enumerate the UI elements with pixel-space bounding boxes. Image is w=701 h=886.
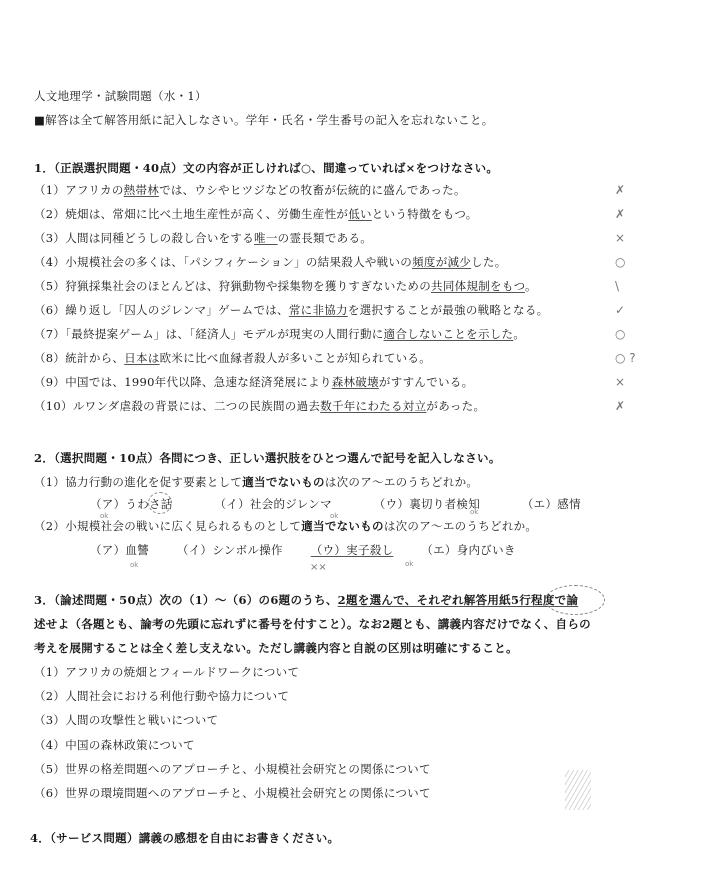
section2-options-2: （ア）血讐 （イ）シンボル操作 （ウ）実子殺し （エ）身内びいき xyxy=(90,542,516,558)
underlined-phrase: 共同体規制をもつ xyxy=(431,279,525,293)
underlined-phrase: 数千年にわたる対立 xyxy=(320,399,426,413)
item-text: 「最終提案ゲーム」は、「経済人」モデルが現実の人間行動に xyxy=(65,327,383,341)
true-false-item: （10）ルワンダ虐殺の背景には、二つの民族間の過去数千年にわたる対立があった。 xyxy=(34,398,485,414)
handwritten-note: ×× xyxy=(310,562,327,574)
item-text: では、ウシやヒツジなどの牧畜が伝統的に盛んであった。 xyxy=(159,183,466,197)
question-text: （1）協力行動の進化を促す要素として xyxy=(34,475,242,489)
item-text: 焼畑は、常畑に比べ土地生産性が高く、労働生産性が xyxy=(65,207,348,221)
section2-heading: 2．（選択問題・10点）各問につき、正しい選択肢をひとつ選んで記号を記入しなさい… xyxy=(34,450,501,466)
item-text: 欧米に比べ血縁者殺人が多いことが知られている。 xyxy=(160,351,431,365)
item-text: があった。 xyxy=(426,399,485,413)
item-text: の霊長類である。 xyxy=(278,231,372,245)
section2-question-2: （2）小規模社会の戦いに広く見られるものとして適当でないものは次のア～エのうちど… xyxy=(34,518,537,534)
item-text: した。 xyxy=(471,255,506,269)
option-d: （エ）身内びいき xyxy=(421,543,515,557)
grading-mark: ○ xyxy=(615,256,625,268)
item-text: 中国では、1990年代以降、急速な経済発展により xyxy=(65,375,331,389)
section3-line-3: 考えを展開することは全く差し支えない。ただし講義内容と自説の区別は明確にすること… xyxy=(34,640,518,656)
question-text-end: は次のア～エのうちどれか。 xyxy=(325,475,478,489)
exam-instruction: ■解答は全て解答用紙に記入しなさい。学年・氏名・学生番号の記入を忘れないこと。 xyxy=(34,112,494,128)
item-number: （6） xyxy=(34,303,65,317)
essay-topic-3: （3）人間の攻撃性と戦いについて xyxy=(34,712,218,728)
item-text: アフリカの xyxy=(65,183,123,197)
item-number: （2） xyxy=(34,207,65,221)
item-text: 。 xyxy=(525,279,537,293)
true-false-item: （8）統計から、日本は欧米に比べ血縁者殺人が多いことが知られている。 xyxy=(34,350,431,366)
grading-mark: ✗ xyxy=(615,208,625,220)
handwritten-scribble xyxy=(565,770,591,810)
essay-topic-4: （4）中国の森林政策について xyxy=(34,737,195,753)
item-number: （10） xyxy=(34,399,73,413)
item-text: 小規模社会の多くは、「パシフィケーション」の結果殺人や戦いの xyxy=(65,255,412,269)
true-false-item: （5）狩猟採集社会のほとんどは、狩猟動物や採集物を獲りすぎないための共同体規制を… xyxy=(34,278,537,294)
question-emphasis: 適当でないもの xyxy=(242,475,325,489)
item-text: 。 xyxy=(513,327,525,341)
grading-mark: ✓ xyxy=(615,304,625,316)
item-text: ルワンダ虐殺の背景には、二つの民族間の過去 xyxy=(73,399,320,413)
section2-question-1: （1）協力行動の進化を促す要素として適当でないものは次のア～エのうちどれか。 xyxy=(34,474,478,490)
underlined-phrase: 森林破壊 xyxy=(332,375,379,389)
item-number: （3） xyxy=(34,231,65,245)
handwritten-note: ok xyxy=(130,561,138,569)
section3-heading: 3．（論述問題・50点）次の（1）～（6）の6題のうち、2題を選んで、それぞれ解… xyxy=(34,592,578,608)
underlined-phrase: 常に非協力 xyxy=(289,303,348,317)
grading-mark: \ xyxy=(615,280,619,292)
handwritten-note: ok xyxy=(405,560,413,568)
underlined-phrase: 適合しないことを示した xyxy=(384,327,514,341)
grading-mark: ✗ xyxy=(615,400,625,412)
item-number: （8） xyxy=(34,351,65,365)
grading-mark: ○ xyxy=(615,328,625,340)
question-text-end: は次のア～エのうちどれか。 xyxy=(384,519,537,533)
essay-topic-5: （5）世界の格差問題へのアプローチと、小規模社会研究との関係について xyxy=(34,761,431,777)
underlined-phrase: 唯一 xyxy=(254,231,278,245)
option-c: （ウ）実子殺し xyxy=(311,543,394,557)
true-false-item: （2）焼畑は、常畑に比べ土地生産性が高く、労働生産性が低いという特徴をもつ。 xyxy=(34,206,478,222)
section1-heading: 1．（正誤選択問題・40点）文の内容が正しければ○、間違っていれば×をつけなさい… xyxy=(34,160,498,176)
true-false-item: （6）繰り返し「囚人のジレンマ」ゲームでは、常に非協力を選択することが最強の戦略… xyxy=(34,302,548,318)
option-a: （ア）血讐 xyxy=(90,543,149,557)
essay-topic-6: （6）世界の環境問題へのアプローチと、小規模社会研究との関係について xyxy=(34,785,431,801)
section3-heading-text: 3．（論述問題・50点）次の（1）～（6）の6題のうち、 xyxy=(34,593,338,607)
item-number: （7） xyxy=(34,327,65,341)
handwritten-circle xyxy=(148,492,172,514)
essay-topic-2: （2）人間社会における利他行動や協力について xyxy=(34,688,289,704)
item-text: 繰り返し「囚人のジレンマ」ゲームでは、 xyxy=(65,303,289,317)
underlined-phrase: 低い xyxy=(348,207,372,221)
true-false-item: （1）アフリカの熱帯林では、ウシやヒツジなどの牧畜が伝統的に盛んであった。 xyxy=(34,182,466,198)
exam-title: 人文地理学・試験問題（水・1） xyxy=(34,88,207,104)
question-text: （2）小規模社会の戦いに広く見られるものとして xyxy=(34,519,301,533)
item-text: がすすんでいる。 xyxy=(379,375,474,389)
section3-line-2: 述せよ（各題とも、論考の先頭に忘れずに番号を付すこと）。なお2題とも、講義内容だ… xyxy=(34,616,591,632)
item-number: （5） xyxy=(34,279,65,293)
item-number: （9） xyxy=(34,375,65,389)
handwritten-note: ok xyxy=(470,508,478,516)
option-b: （イ）社会的ジレンマ xyxy=(214,497,331,511)
true-false-item: （7）「最終提案ゲーム」は、「経済人」モデルが現実の人間行動に適合しないことを示… xyxy=(34,326,525,342)
essay-topic-1: （1）アフリカの焼畑とフィールドワークについて xyxy=(34,664,299,680)
underlined-phrase: 熱帯林 xyxy=(124,183,159,197)
item-text: 狩猟採集社会のほとんどは、狩猟動物や採集物を獲りすぎないための xyxy=(65,279,431,293)
option-b: （イ）シンボル操作 xyxy=(177,543,283,557)
underlined-phrase: 頻度が減少 xyxy=(412,255,471,269)
true-false-item: （3）人間は同種どうしの殺し合いをする唯一の霊長類である。 xyxy=(34,230,372,246)
true-false-item: （4）小規模社会の多くは、「パシフィケーション」の結果殺人や戦いの頻度が減少した… xyxy=(34,254,507,270)
grading-mark: ✗ xyxy=(615,184,625,196)
option-d: （エ）感情 xyxy=(522,497,581,511)
section3-heading-emphasis: 2題を選んで、それぞれ解答用紙5行程度で論 xyxy=(338,593,579,607)
item-text: 統計から、 xyxy=(65,351,124,365)
grading-mark: ○ ? xyxy=(615,352,636,364)
underlined-phrase: 日本は xyxy=(124,351,159,365)
item-text: 人間は同種どうしの殺し合いをする xyxy=(65,231,254,245)
grading-mark: × xyxy=(615,376,625,388)
item-number: （4） xyxy=(34,255,65,269)
grading-mark: × xyxy=(615,232,625,244)
item-text: を選択することが最強の戦略となる。 xyxy=(348,303,549,317)
item-text: という特徴をもつ。 xyxy=(372,207,478,221)
option-c: （ウ）裏切り者検知 xyxy=(374,497,480,511)
handwritten-circle xyxy=(545,585,605,615)
question-emphasis: 適当でないもの xyxy=(301,519,384,533)
true-false-item: （9）中国では、1990年代以降、急速な経済発展により森林破壊がすすんでいる。 xyxy=(34,374,473,390)
item-number: （1） xyxy=(34,183,65,197)
section4-heading: 4．（サービス問題）講義の感想を自由にお書きください。 xyxy=(30,830,339,846)
